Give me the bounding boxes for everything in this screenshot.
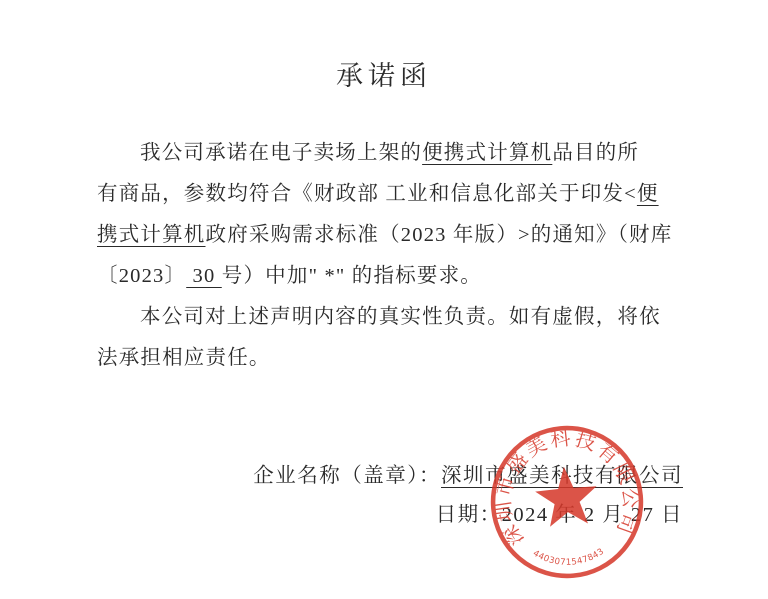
underlined-text: 深圳市盛美科技有限公司: [441, 465, 683, 487]
paragraph-line: 〔2023〕 30 号）中加" *" 的指标要求。: [97, 256, 686, 297]
underlined-text: 携式计算机: [97, 224, 206, 246]
underlined-text: 便: [637, 183, 659, 205]
plain-text: 〔2023〕: [97, 265, 186, 287]
paragraph-line: 有商品，参数均符合《财政部 工业和信息化部关于印发<便: [97, 174, 686, 215]
paragraph-commitment: 我公司承诺在电子卖场上架的便携式计算机品目的所 有商品，参数均符合《财政部 工业…: [97, 133, 686, 297]
seal-number-arc-text: 4403071547843: [530, 542, 607, 571]
commitment-letter-page: 承诺函 我公司承诺在电子卖场上架的便携式计算机品目的所 有商品，参数均符合《财政…: [0, 0, 768, 599]
paragraph-line: 我公司承诺在电子卖场上架的便携式计算机品目的所: [97, 133, 686, 174]
paragraph-line: 法承担相应责任。: [97, 338, 686, 379]
paragraph-line: 本公司对上述声明内容的真实性负责。如有虚假，将依: [97, 297, 686, 338]
plain-text: 品目的所: [552, 142, 639, 164]
underlined-text: 30: [186, 265, 222, 287]
paragraph-line: 携式计算机政府采购需求标准（2023 年版）>的通知》（财库: [97, 215, 686, 256]
signature-company-line: 企业名称（盖章）：深圳市盛美科技有限公司: [253, 461, 683, 491]
signature-date-line: 日期：2024 年 2 月 27 日: [436, 500, 683, 530]
paragraph-responsibility: 本公司对上述声明内容的真实性负责。如有虚假，将依 法承担相应责任。: [97, 297, 686, 379]
document-title: 承诺函: [0, 54, 768, 93]
underlined-text: 便携式计算机: [422, 142, 552, 164]
plain-text: 政府采购需求标准（2023 年版）>的通知》（财库: [206, 224, 673, 246]
plain-text: 有商品，参数均符合《财政部 工业和信息化部关于印发<: [97, 183, 637, 205]
plain-text: 号）中加" *" 的指标要求。: [222, 265, 482, 287]
plain-text: 企业名称（盖章）：: [253, 465, 441, 487]
plain-text: 我公司承诺在电子卖场上架的: [140, 142, 422, 164]
